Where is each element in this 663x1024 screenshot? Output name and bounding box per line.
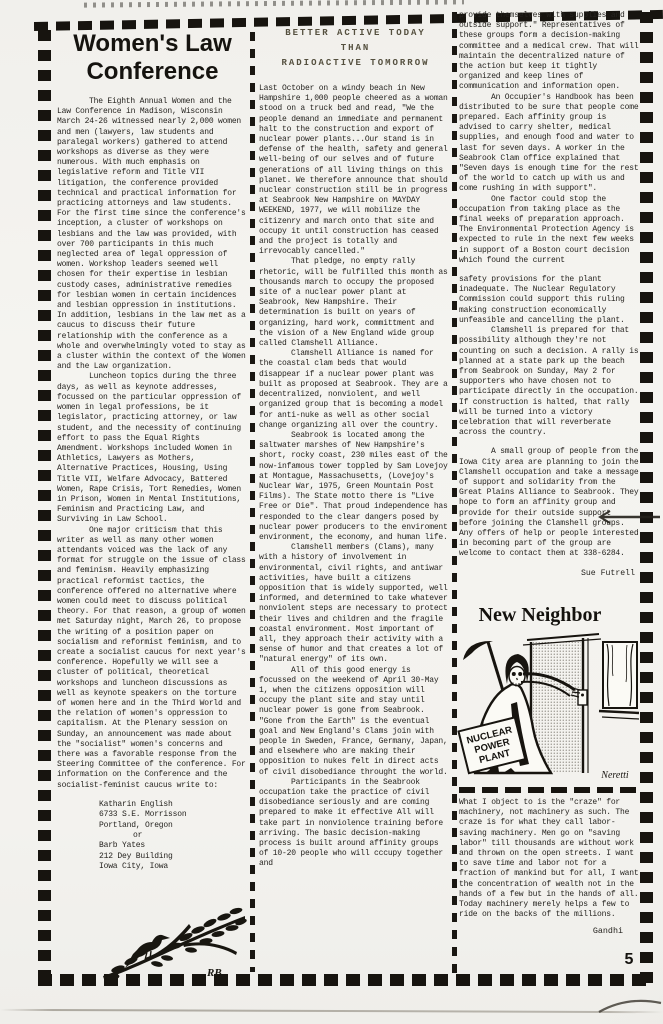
article-seabrook-occupation: BETTER ACTIVE TODAY THAN RADIOACTIVE TOM… bbox=[259, 26, 452, 972]
newspaper-page: Women's Law Conference The Eighth Annual… bbox=[0, 0, 663, 1024]
cartoon-title: New Neighbor bbox=[459, 604, 621, 627]
article-paragraph: An Occupier's Handbook has been distribu… bbox=[459, 93, 639, 195]
contact-address-block: Katharin English 6733 S.E. Morrisson Por… bbox=[57, 800, 248, 873]
quote-text: What I object to is the "craze" for mach… bbox=[459, 798, 639, 920]
page-border-right bbox=[640, 12, 653, 984]
address-line: Portland, Oregon bbox=[99, 821, 248, 831]
article-paragraph: safety provisions for the plant inadequa… bbox=[459, 275, 639, 326]
bird-branch-illustration: RB bbox=[85, 900, 250, 980]
column-divider-left bbox=[250, 32, 255, 972]
window bbox=[599, 642, 639, 719]
scan-pen-mark bbox=[597, 994, 663, 1016]
author-byline: Sue Futrell bbox=[459, 569, 639, 578]
article-paragraph: Clamshell Alliance is named for the coas… bbox=[259, 349, 452, 431]
address-line: 6733 S.E. Morrisson bbox=[99, 810, 248, 820]
illustrator-signature: RB bbox=[206, 967, 222, 979]
column-divider-right bbox=[452, 12, 457, 974]
gandhi-quote-block: What I object to is the "craze" for mach… bbox=[459, 798, 639, 936]
article-headline: Women's Law Conference bbox=[57, 30, 248, 86]
article-womens-law-conference: Women's Law Conference The Eighth Annual… bbox=[57, 30, 248, 898]
scan-edge-line bbox=[0, 1009, 663, 1013]
article-paragraph: Luncheon topics during the three days, a… bbox=[57, 372, 248, 525]
stray-arrow-mark bbox=[598, 509, 662, 525]
article-paragraph: The Eighth Annual Women and the Law Conf… bbox=[57, 97, 248, 372]
headline-line: BETTER ACTIVE TODAY bbox=[259, 26, 452, 41]
address-line: 212 Dey Building bbox=[99, 852, 248, 862]
article-paragraph: Clamshell is prepared for that possibili… bbox=[459, 326, 639, 438]
article-paragraph: provide themselves with supplies and out… bbox=[459, 11, 639, 93]
headline-line: THAN bbox=[259, 41, 452, 56]
cartoon-quote-divider bbox=[459, 787, 637, 793]
article-paragraph: Seabrook is located among the saltwater … bbox=[259, 431, 452, 543]
article-paragraph: That pledge, no empty rally rhetoric, wi… bbox=[259, 257, 452, 349]
article-headline: BETTER ACTIVE TODAY THAN RADIOACTIVE TOM… bbox=[259, 26, 452, 71]
address-line: or bbox=[99, 831, 248, 841]
article-paragraph: One major criticism that this writer as … bbox=[57, 526, 248, 791]
grim-reaper-cartoon: NUCLEAR POWER PLANT Neretti bbox=[457, 632, 639, 784]
scan-noise-strip bbox=[84, 0, 464, 8]
quote-attribution: Gandhi bbox=[459, 926, 639, 936]
address-line: Iowa City, Iowa bbox=[99, 862, 248, 872]
article-paragraph: A small group of people from the Iowa Ci… bbox=[459, 447, 639, 559]
page-border-left bbox=[38, 30, 51, 980]
article-paragraph: Clamshell members (Clams), many with a h… bbox=[259, 543, 452, 665]
address-line: Katharin English bbox=[99, 800, 248, 810]
article-paragraph: All of this good energy is focussed on t… bbox=[259, 666, 452, 778]
article-paragraph: Last October on a windy beach in New Ham… bbox=[259, 84, 452, 257]
article-paragraph: Participants in the Seabrook occupation … bbox=[259, 778, 452, 870]
headline-line: RADIOACTIVE TOMORROW bbox=[259, 56, 452, 71]
page-number: 5 bbox=[618, 951, 640, 969]
article-paragraph: One factor could stop the occupation fro… bbox=[459, 195, 639, 266]
address-line: Barb Yates bbox=[99, 841, 248, 851]
cartoonist-signature: Neretti bbox=[600, 770, 629, 781]
doorbell bbox=[578, 690, 587, 705]
